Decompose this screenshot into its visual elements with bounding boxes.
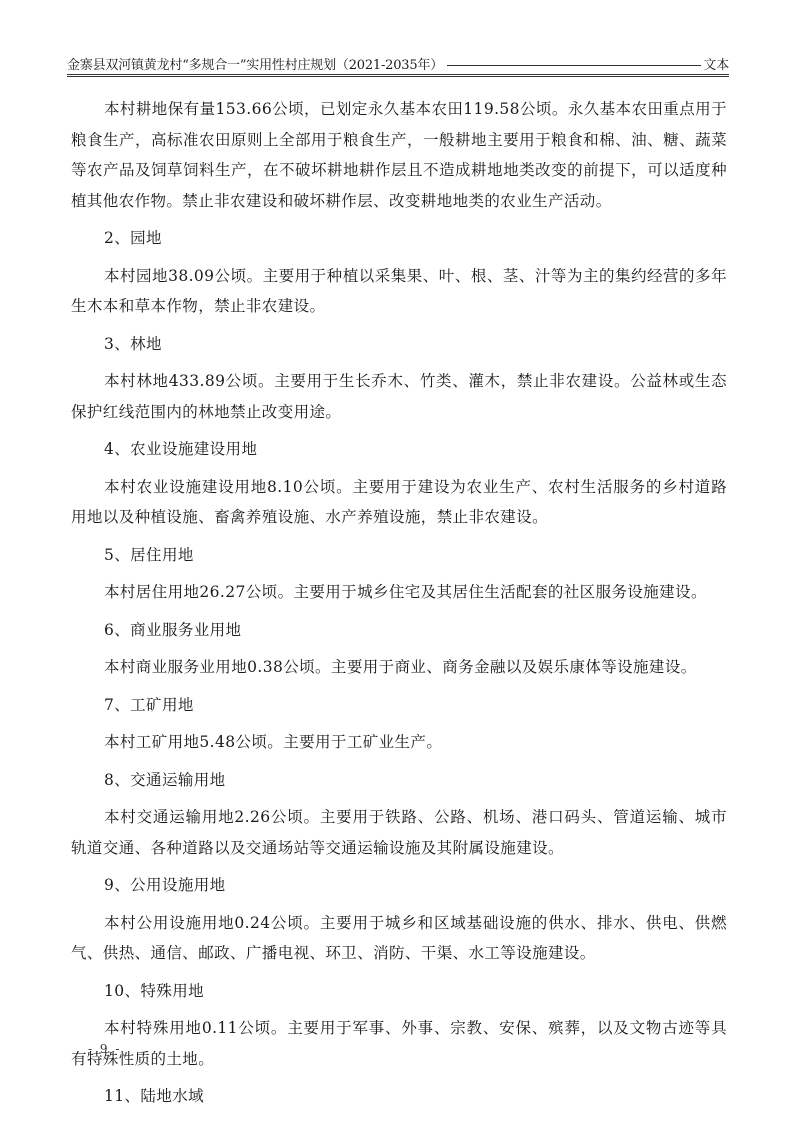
- spacer: [71, 758, 727, 765]
- paragraph-residential-land: 本村居住用地26.27公顷。主要用于城乡住宅及其居住生活配套的社区服务设施建设。: [71, 577, 727, 608]
- heading-industrial-mining-land: 7、工矿用地: [71, 690, 727, 721]
- heading-public-utility-land: 9、公用设施用地: [71, 870, 727, 901]
- paragraph-industrial-mining-land: 本村工矿用地5.48公顷。主要用于工矿业生产。: [71, 727, 727, 758]
- paragraph-public-utility-land: 本村公用设施用地0.24公顷。主要用于城乡和区域基础设施的供水、排水、供电、供燃…: [71, 908, 727, 969]
- paragraph-cultivated-land: 本村耕地保有量153.66公顷，已划定永久基本农田119.58公顷。永久基本农田…: [71, 94, 727, 216]
- paragraph-agricultural-facility-land: 本村农业设施建设用地8.10公顷。主要用于建设为农业生产、农村生活服务的乡村道路…: [71, 472, 727, 533]
- spacer: [71, 533, 727, 540]
- document-body: 本村耕地保有量153.66公顷，已划定永久基本农田119.58公顷。永久基本农田…: [71, 94, 727, 1112]
- heading-agricultural-facility-land: 4、农业设施建设用地: [71, 434, 727, 465]
- heading-garden-land: 2、园地: [71, 223, 727, 254]
- header-dash-line: [447, 65, 701, 66]
- paragraph-forest-land: 本村林地433.89公顷。主要用于生长乔木、竹类、灌木，禁止非农建设。公益林或生…: [71, 366, 727, 427]
- heading-special-land: 10、特殊用地: [71, 976, 727, 1007]
- document-title: 金寨县双河镇黄龙村“多规合一”实用性村庄规划（2021-2035年）: [67, 57, 443, 74]
- paragraph-special-land: 本村特殊用地0.11公顷。主要用于军事、外事、宗教、安保、殡葬，以及文物古迹等具…: [71, 1013, 727, 1074]
- spacer: [71, 795, 727, 802]
- spacer: [71, 254, 727, 261]
- heading-land-water-area: 11、陆地水域: [71, 1081, 727, 1112]
- heading-commercial-land: 6、商业服务业用地: [71, 615, 727, 646]
- spacer: [71, 1074, 727, 1081]
- spacer: [71, 322, 727, 329]
- spacer: [71, 901, 727, 908]
- heading-residential-land: 5、居住用地: [71, 540, 727, 571]
- running-header: 金寨县双河镇黄龙村“多规合一”实用性村庄规划（2021-2035年） 文本: [67, 55, 729, 77]
- spacer: [71, 608, 727, 615]
- spacer: [71, 969, 727, 976]
- page-number: - 9 -: [88, 1042, 121, 1056]
- spacer: [71, 683, 727, 690]
- spacer: [71, 1006, 727, 1013]
- paragraph-transportation-land: 本村交通运输用地2.26公顷。主要用于铁路、公路、机场、港口码头、管道运输、城市…: [71, 802, 727, 863]
- spacer: [71, 427, 727, 434]
- heading-forest-land: 3、林地: [71, 329, 727, 360]
- heading-transportation-land: 8、交通运输用地: [71, 765, 727, 796]
- spacer: [71, 216, 727, 223]
- spacer: [71, 720, 727, 727]
- spacer: [71, 359, 727, 366]
- spacer: [71, 645, 727, 652]
- spacer: [71, 863, 727, 870]
- paragraph-commercial-land: 本村商业服务业用地0.38公顷。主要用于商业、商务金融以及娱乐康体等设施建设。: [71, 652, 727, 683]
- header-section-label: 文本: [703, 57, 729, 74]
- paragraph-garden-land: 本村园地38.09公顷。主要用于种植以采集果、叶、根、茎、汁等为主的集约经营的多…: [71, 261, 727, 322]
- spacer: [71, 570, 727, 577]
- spacer: [71, 465, 727, 472]
